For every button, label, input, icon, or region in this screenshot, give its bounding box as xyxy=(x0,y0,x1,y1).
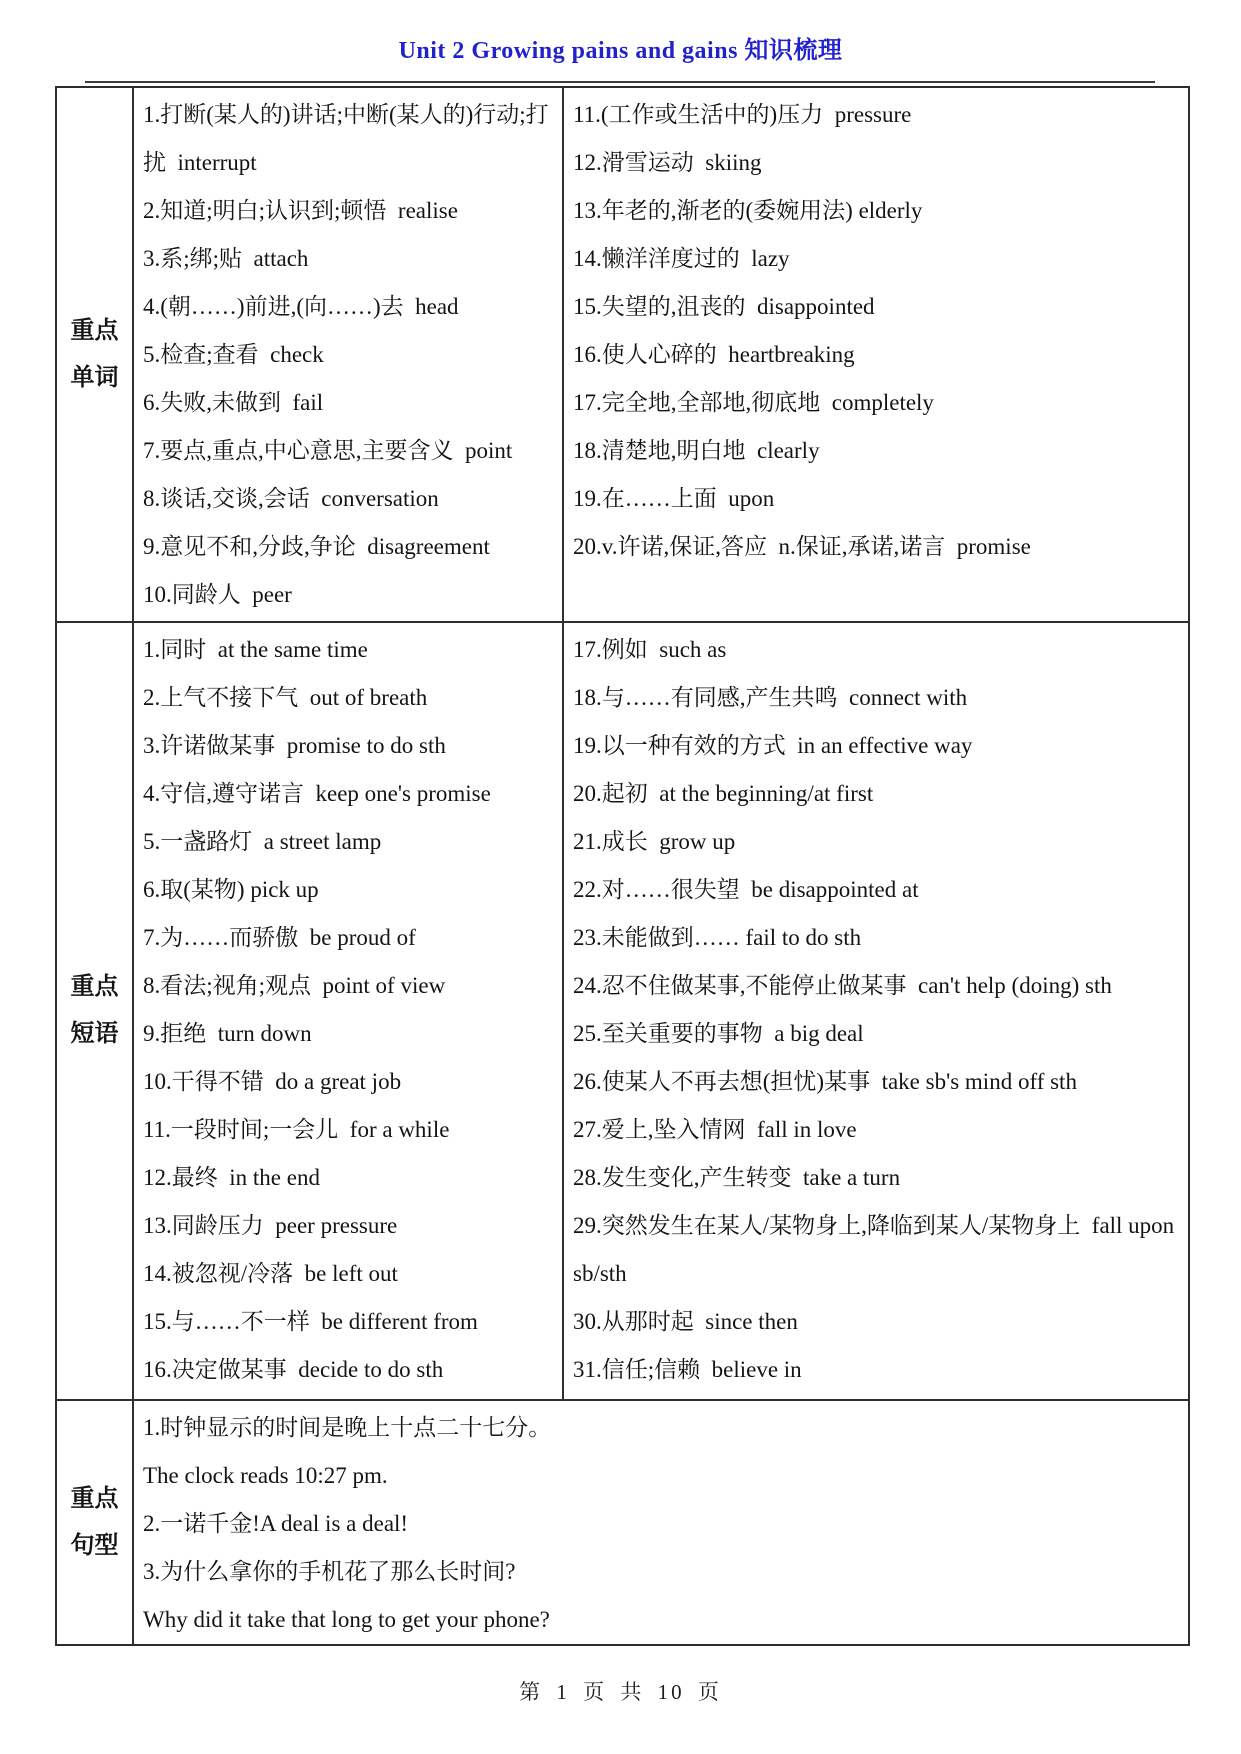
section-label-key-phrases: 重点 短语 xyxy=(57,623,134,1399)
section-key-sentences: 重点 句型 1.时钟显示的时间是晚上十点二十七分。The clock reads… xyxy=(57,1401,1188,1644)
phrase-item: 11.一段时间;一会儿 for a while xyxy=(143,1106,556,1154)
phrase-item: 16.决定做某事 decide to do sth xyxy=(143,1346,556,1394)
phrase-item: 8.看法;视角;观点 point of view xyxy=(143,962,556,1010)
phrase-item: 25.至关重要的事物 a big deal xyxy=(573,1010,1182,1058)
section-label-line: 短语 xyxy=(71,1011,119,1058)
phrase-item: 14.被忽视/冷落 be left out xyxy=(143,1250,556,1298)
sentence-line: Why did it take that long to get your ph… xyxy=(143,1596,1182,1644)
section-key-phrases: 重点 短语 1.同时 at the same time2.上气不接下气 out … xyxy=(57,623,1188,1401)
phrase-item: 10.干得不错 do a great job xyxy=(143,1058,556,1106)
section-key-words: 重点 单词 1.打断(某人的)讲话;中断(某人的)行动;打扰 interrupt… xyxy=(57,88,1188,623)
phrase-item: 15.与……不一样 be different from xyxy=(143,1298,556,1346)
phrase-item: 27.爱上,坠入情网 fall in love xyxy=(573,1106,1182,1154)
phrase-item: 21.成长 grow up xyxy=(573,818,1182,866)
phrase-item: 31.信任;信赖 believe in xyxy=(573,1346,1182,1394)
vocab-item: 9.意见不和,分歧,争论 disagreement xyxy=(143,523,556,571)
phrase-item: 5.一盏路灯 a street lamp xyxy=(143,818,556,866)
phrase-item: 23.未能做到…… fail to do sth xyxy=(573,914,1182,962)
sentence-line: The clock reads 10:27 pm. xyxy=(143,1452,1182,1500)
phrase-item: 4.守信,遵守诺言 keep one's promise xyxy=(143,770,556,818)
vocab-item: 5.检查;查看 check xyxy=(143,331,556,379)
vocab-item: 16.使人心碎的 heartbreaking xyxy=(573,331,1182,379)
section-label-line: 重点 xyxy=(71,1476,119,1523)
vocab-item: 6.失败,未做到 fail xyxy=(143,379,556,427)
sentence-line: 1.时钟显示的时间是晚上十点二十七分。 xyxy=(143,1404,1182,1452)
key-words-list-right: 11.(工作或生活中的)压力 pressure12.滑雪运动 skiing13.… xyxy=(562,88,1188,621)
phrase-item: 20.起初 at the beginning/at first xyxy=(573,770,1182,818)
phrase-item: 1.同时 at the same time xyxy=(143,626,556,674)
phrase-item: 2.上气不接下气 out of breath xyxy=(143,674,556,722)
phrase-item: 13.同龄压力 peer pressure xyxy=(143,1202,556,1250)
vocab-item: 1.打断(某人的)讲话;中断(某人的)行动;打扰 interrupt xyxy=(143,91,556,187)
vocab-item: 18.清楚地,明白地 clearly xyxy=(573,427,1182,475)
vocab-item: 14.懒洋洋度过的 lazy xyxy=(573,235,1182,283)
section-label-line: 句型 xyxy=(71,1523,119,1570)
phrase-item: 17.例如 such as xyxy=(573,626,1182,674)
vocab-item: 10.同龄人 peer xyxy=(143,571,556,619)
key-sentences-list: 1.时钟显示的时间是晚上十点二十七分。The clock reads 10:27… xyxy=(134,1401,1188,1644)
phrase-item: 7.为……而骄傲 be proud of xyxy=(143,914,556,962)
page-number: 第 1 页 共 10 页 xyxy=(0,1676,1241,1706)
key-words-list-left: 1.打断(某人的)讲话;中断(某人的)行动;打扰 interrupt2.知道;明… xyxy=(134,88,562,621)
vocab-item: 15.失望的,沮丧的 disappointed xyxy=(573,283,1182,331)
phrase-item: 9.拒绝 turn down xyxy=(143,1010,556,1058)
phrase-item: 24.忍不住做某事,不能停止做某事 can't help (doing) sth xyxy=(573,962,1182,1010)
title-divider-line xyxy=(85,81,1155,83)
phrase-item: 26.使某人不再去想(担忧)某事 take sb's mind off sth xyxy=(573,1058,1182,1106)
vocab-item: 11.(工作或生活中的)压力 pressure xyxy=(573,91,1182,139)
key-phrases-list-left: 1.同时 at the same time2.上气不接下气 out of bre… xyxy=(134,623,562,1399)
vocab-item: 7.要点,重点,中心意思,主要含义 point xyxy=(143,427,556,475)
phrase-item: 12.最终 in the end xyxy=(143,1154,556,1202)
phrase-item: 30.从那时起 since then xyxy=(573,1298,1182,1346)
phrase-item: 28.发生变化,产生转变 take a turn xyxy=(573,1154,1182,1202)
sentence-line: 3.为什么拿你的手机花了那么长时间? xyxy=(143,1548,1182,1596)
phrase-item: 22.对……很失望 be disappointed at xyxy=(573,866,1182,914)
vocab-item: 3.系;绑;贴 attach xyxy=(143,235,556,283)
phrase-item: 19.以一种有效的方式 in an effective way xyxy=(573,722,1182,770)
phrase-item: 29.突然发生在某人/某物身上,降临到某人/某物身上 fall upon sb/… xyxy=(573,1202,1182,1298)
vocab-item: 12.滑雪运动 skiing xyxy=(573,139,1182,187)
vocab-item: 13.年老的,渐老的(委婉用法) elderly xyxy=(573,187,1182,235)
knowledge-review-table: 重点 单词 1.打断(某人的)讲话;中断(某人的)行动;打扰 interrupt… xyxy=(55,86,1190,1646)
section-label-line: 单词 xyxy=(71,355,119,402)
vocab-item: 2.知道;明白;认识到;顿悟 realise xyxy=(143,187,556,235)
section-label-line: 重点 xyxy=(71,964,119,1011)
phrase-item: 6.取(某物) pick up xyxy=(143,866,556,914)
vocab-item: 20.v.许诺,保证,答应 n.保证,承诺,诺言 promise xyxy=(573,523,1182,571)
sentence-line: 2.一诺千金!A deal is a deal! xyxy=(143,1500,1182,1548)
phrase-item: 18.与……有同感,产生共鸣 connect with xyxy=(573,674,1182,722)
vocab-item: 17.完全地,全部地,彻底地 completely xyxy=(573,379,1182,427)
vocab-item: 19.在……上面 upon xyxy=(573,475,1182,523)
section-label-key-sentences: 重点 句型 xyxy=(57,1401,134,1644)
vocab-item: 8.谈话,交谈,会话 conversation xyxy=(143,475,556,523)
phrase-item: 3.许诺做某事 promise to do sth xyxy=(143,722,556,770)
key-phrases-list-right: 17.例如 such as18.与……有同感,产生共鸣 connect with… xyxy=(562,623,1188,1399)
vocab-item: 4.(朝……)前进,(向……)去 head xyxy=(143,283,556,331)
section-label-key-words: 重点 单词 xyxy=(57,88,134,621)
page-title: Unit 2 Growing pains and gains 知识梳理 xyxy=(0,30,1241,65)
section-label-line: 重点 xyxy=(71,308,119,355)
